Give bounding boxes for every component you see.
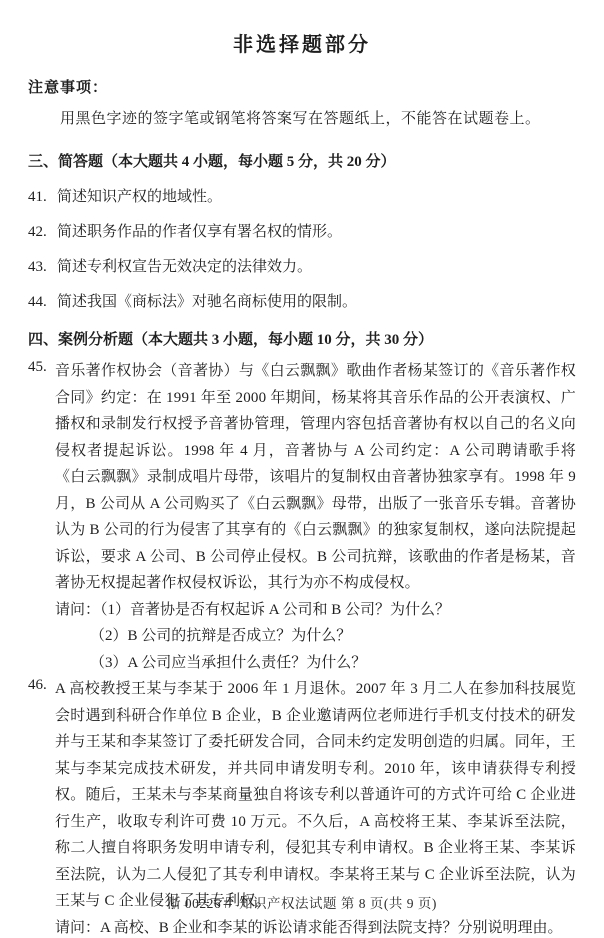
question-45-body: 音乐著作权协会（音著协）与《白云飘飘》歌曲作者杨某签订的《音乐著作权合同》约定：… — [55, 358, 576, 597]
question-43: 43. 简述专利权宣告无效决定的法律效力。 — [28, 258, 576, 277]
question-41-number: 41. — [28, 188, 47, 207]
question-42: 42. 简述职务作品的作者仅享有署名权的情形。 — [28, 223, 576, 242]
exam-paper-page: 非选择题部分 注意事项： 用黑色字迹的签字笔或钢笔将答案写在答题纸上，不能答在试… — [0, 0, 604, 938]
question-43-text: 简述专利权宣告无效决定的法律效力。 — [57, 259, 312, 275]
question-45-prompt-3: （3）A 公司应当承担什么责任？为什么？ — [55, 650, 576, 677]
question-42-text: 简述职务作品的作者仅享有署名权的情形。 — [57, 224, 342, 240]
notice-block: 注意事项： 用黑色字迹的签字笔或钢笔将答案写在答题纸上，不能答在试题卷上。 — [28, 76, 576, 128]
question-46-prompt: 请问：A 高校、B 企业和李某的诉讼请求能否得到法院支持？分别说明理由。 — [55, 915, 576, 938]
question-45: 45. 音乐著作权协会（音著协）与《白云飘飘》歌曲作者杨某签订的《音乐著作权合同… — [28, 358, 576, 676]
page-title: 非选择题部分 — [28, 28, 576, 57]
question-45-prompt-1: 请问：（1）音著协是否有权起诉 A 公司和 B 公司？为什么？ — [55, 597, 576, 624]
notice-text: 用黑色字迹的签字笔或钢笔将答案写在答题纸上，不能答在试题卷上。 — [28, 107, 576, 128]
section-heading-short-answer: 三、简答题（本大题共 4 小题，每小题 5 分，共 20 分） — [28, 150, 576, 171]
page-footer: 浙 00226＃ 知识产权法试题 第 8 页(共 9 页) — [0, 892, 604, 912]
question-46-number: 46. — [28, 677, 47, 694]
question-41-text: 简述知识产权的地域性。 — [57, 189, 222, 205]
question-45-prompt-2: （2）B 公司的抗辩是否成立？为什么？ — [55, 623, 576, 650]
question-41: 41. 简述知识产权的地域性。 — [28, 188, 576, 207]
question-46-body: A 高校教授王某与李某于 2006 年 1 月退休。2007 年 3 月二人在参… — [55, 676, 576, 915]
question-45-number: 45. — [28, 359, 47, 376]
question-42-number: 42. — [28, 223, 47, 242]
question-44-text: 简述我国《商标法》对驰名商标使用的限制。 — [57, 294, 357, 310]
question-43-number: 43. — [28, 258, 47, 277]
question-44-number: 44. — [28, 293, 47, 312]
notice-label: 注意事项： — [28, 76, 576, 97]
question-44: 44. 简述我国《商标法》对驰名商标使用的限制。 — [28, 293, 576, 312]
section-heading-case-analysis: 四、案例分析题（本大题共 3 小题，每小题 10 分，共 30 分） — [28, 328, 576, 349]
